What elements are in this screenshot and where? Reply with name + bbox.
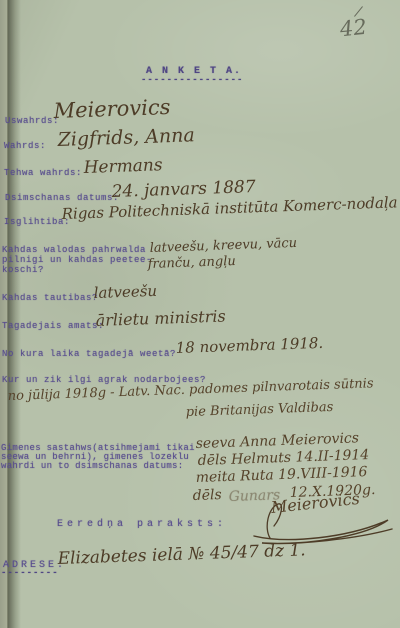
father-name-label: Tehwa wahrds: bbox=[4, 168, 82, 178]
address-label-underline: --------- bbox=[1, 568, 59, 578]
nationality-value: latveešu bbox=[93, 282, 157, 302]
languages-value-line1: latveešu, kreevu, vācu bbox=[149, 236, 297, 256]
address-value: Elizabetes ielā № 45/47 dz 1. bbox=[57, 540, 306, 569]
education-label: Isglihtiba: bbox=[4, 217, 70, 227]
nationality-label: Kahdas tautibas? bbox=[2, 293, 98, 303]
previous-work-value-line2: pie Britanijas Valdibas bbox=[185, 400, 333, 420]
languages-value-line2: franču, angļu bbox=[147, 254, 236, 272]
current-position-value: ārlietu ministris bbox=[95, 306, 226, 330]
surname-label: Uswahrds: bbox=[5, 116, 59, 126]
father-name-value: Hermans bbox=[83, 155, 163, 178]
page-number-mark: 42 bbox=[339, 15, 368, 42]
languages-label-line3: koschi? bbox=[2, 265, 44, 275]
birth-date-label: Dsimschanas datums: bbox=[5, 193, 119, 203]
surname-value: Meierovics bbox=[53, 95, 171, 123]
languages-label-line1: Kahdas walodas pahrwalda bbox=[2, 245, 146, 255]
since-when-label: No kura laika tagadejā weetā? bbox=[2, 349, 176, 359]
signature-label: Eeredņa paraksts: bbox=[57, 519, 227, 530]
languages-label-line2: pilnigi un kahdas peetee- bbox=[2, 255, 152, 265]
family-member-4-prefix: dēls bbox=[192, 487, 221, 504]
first-name-value: Zigfrids, Anna bbox=[57, 124, 195, 151]
page-edge bbox=[0, 0, 8, 628]
document-page: ∕ 42 A N K E T A. ---------------- Uswah… bbox=[0, 0, 400, 628]
current-position-label: Tagadejais amats: bbox=[2, 321, 104, 331]
binding-shadow bbox=[8, 0, 21, 628]
family-label-line3: wahrdi un to dsimschanas datums: bbox=[1, 461, 183, 471]
form-title-underline: ---------------- bbox=[141, 75, 243, 85]
since-when-value: 18 novembra 1918. bbox=[175, 334, 323, 357]
first-name-label: Wahrds: bbox=[4, 141, 46, 151]
